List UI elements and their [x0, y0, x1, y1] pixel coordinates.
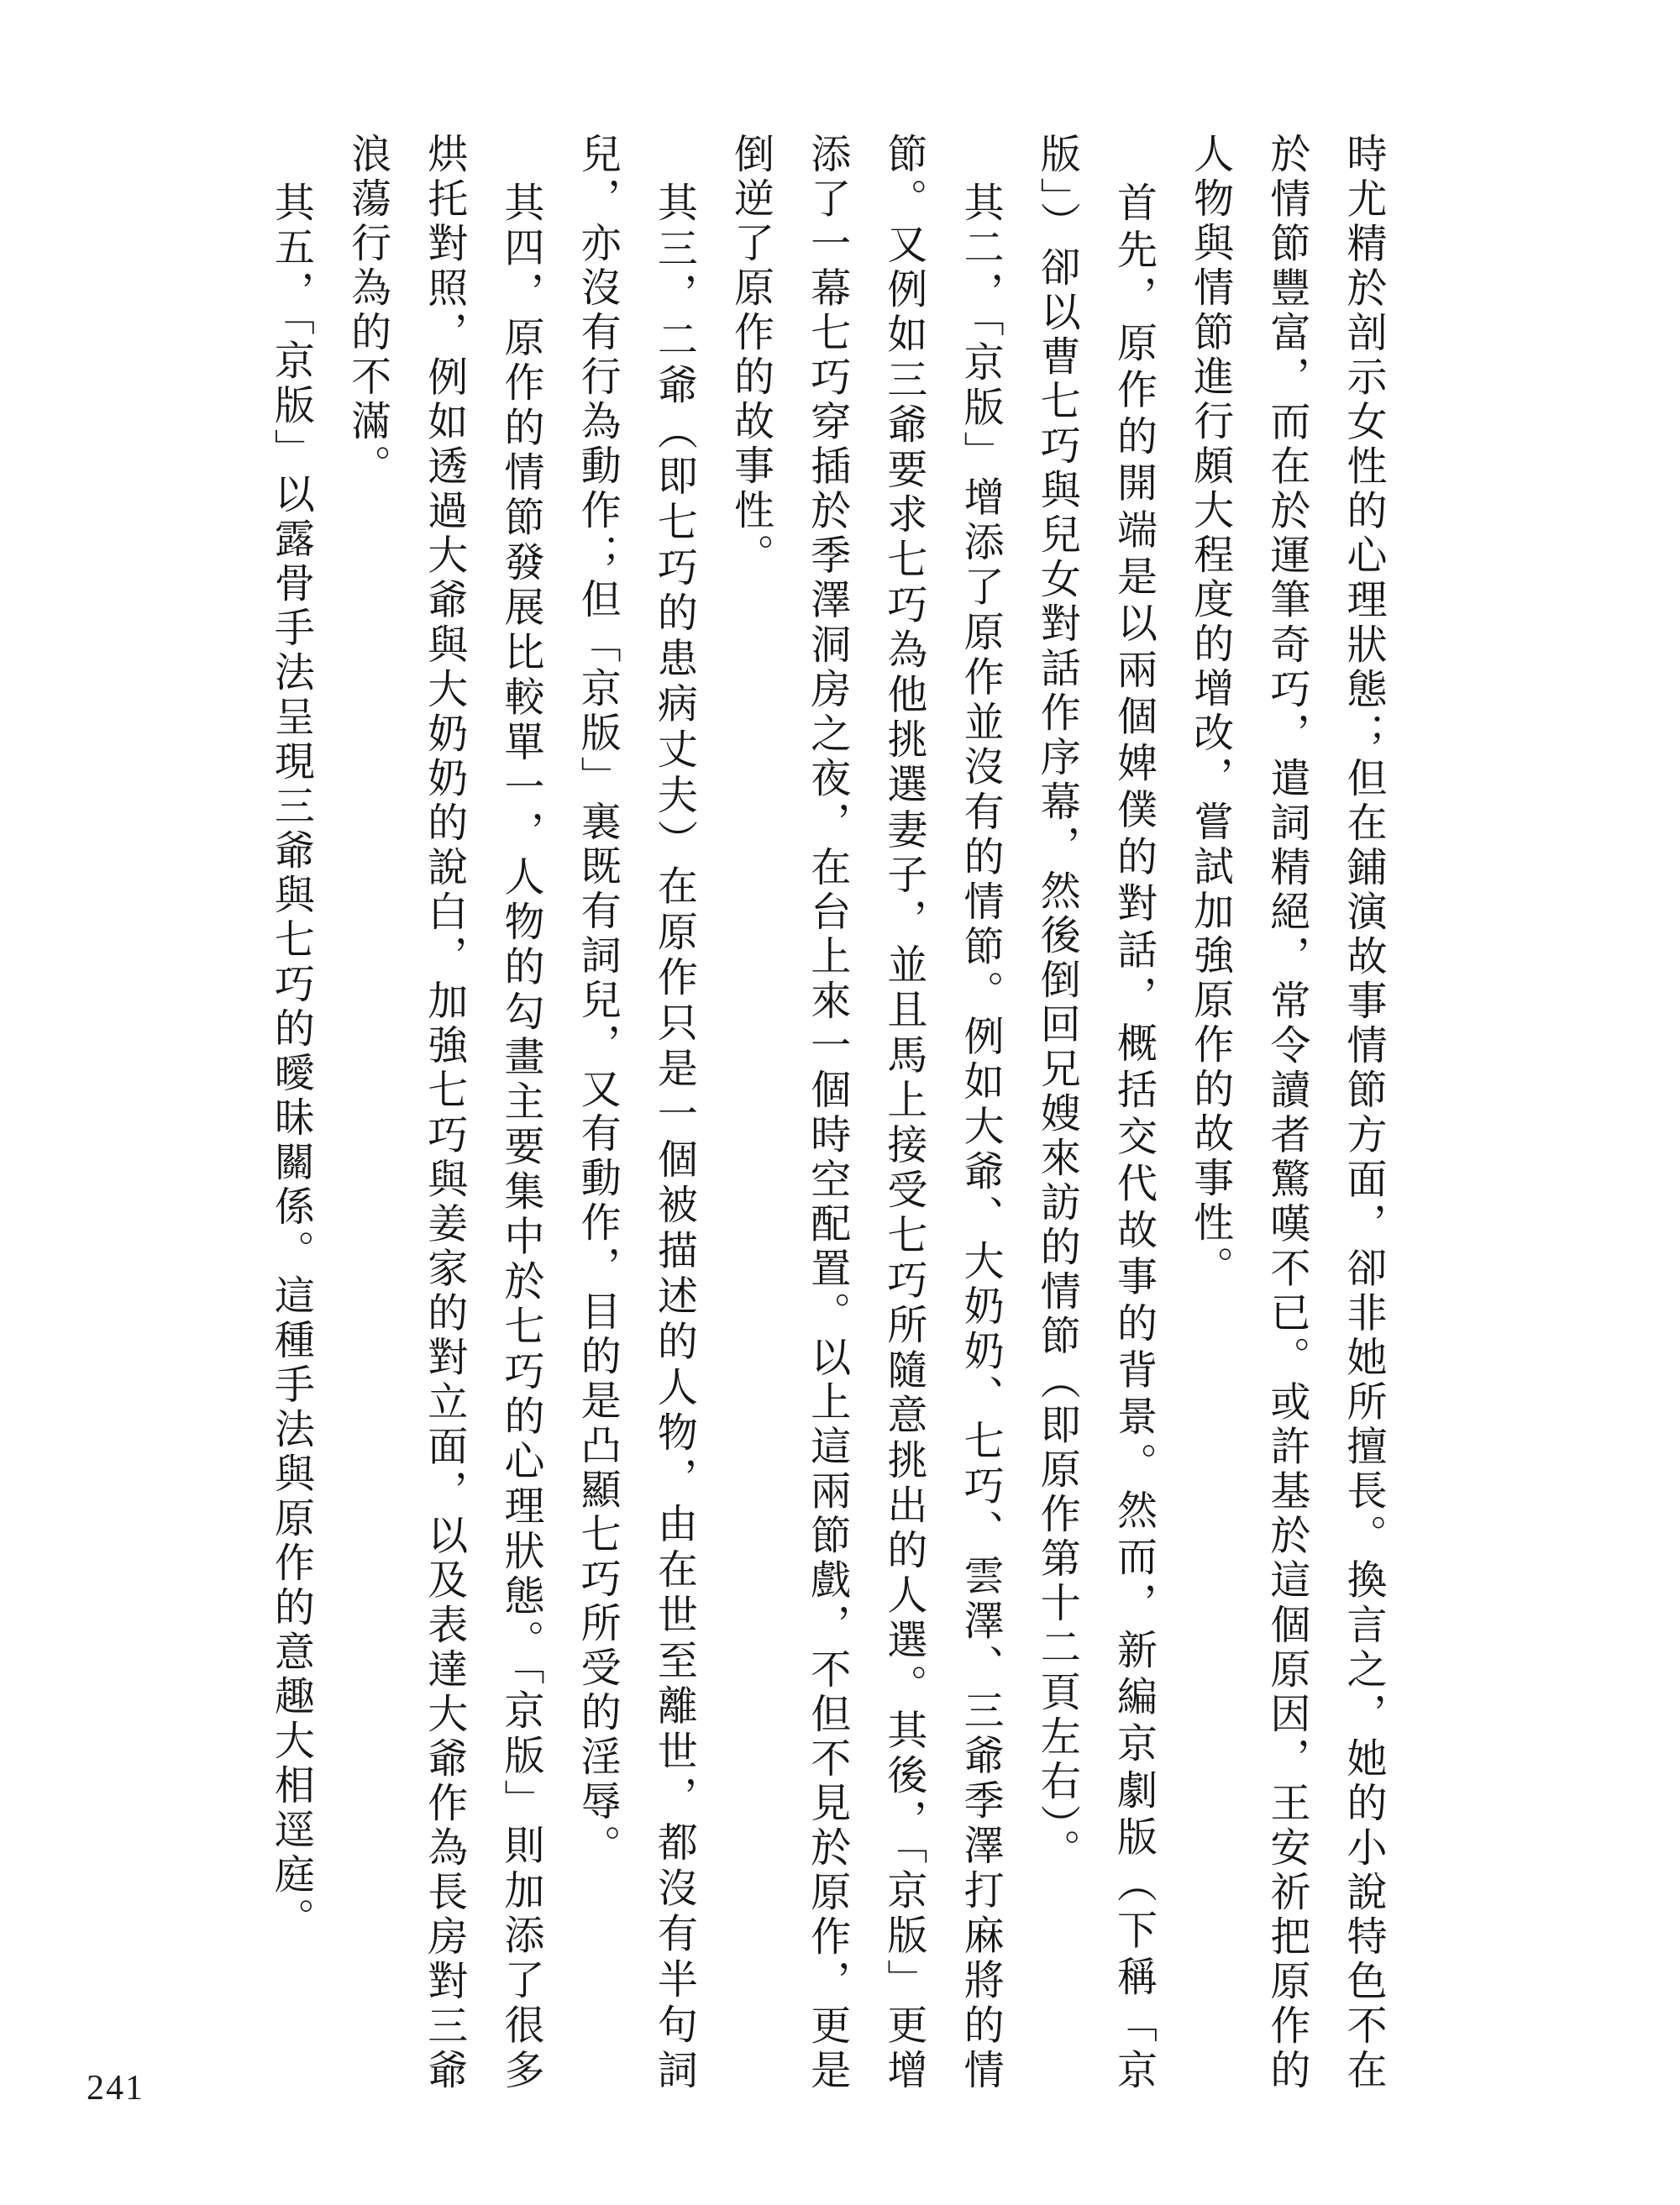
paragraph-third-point: 其三，二爺（即七巧的患病丈夫）在原作只是一個被描述的人物，由在世至離世，都沒有半…: [559, 133, 711, 2093]
paragraph-second-point: 其二，「京版」增添了原作並沒有的情節。例如大爺、大奶奶、七巧、雲澤、三爺季澤打麻…: [711, 133, 1018, 2093]
paragraph-continuation: 時尤精於剖示女性的心理狀態；但在鋪演故事情節方面，卻非她所擅長。換言之，她的小說…: [1171, 133, 1401, 2093]
paragraph-first-point: 首先，原作的開端是以兩個婢僕的對話，概括交代故事的背景。然而，新編京劇版（下稱「…: [1018, 133, 1171, 2093]
vertical-text-block: 時尤精於剖示女性的心理狀態；但在鋪演故事情節方面，卻非她所擅長。換言之，她的小說…: [252, 133, 1401, 2093]
page-number: 241: [87, 2068, 144, 2108]
paragraph-fifth-point: 其五，「京版」以露骨手法呈現三爺與七巧的曖昧關係。這種手法與原作的意趣大相逕庭。: [252, 133, 328, 2093]
book-page: 時尤精於剖示女性的心理狀態；但在鋪演故事情節方面，卻非她所擅長。換言之，她的小說…: [0, 0, 1680, 2205]
paragraph-fourth-point: 其四，原作的情節發展比較單一，人物的勾畫主要集中於七巧的心理狀態。「京版」則加添…: [328, 133, 559, 2093]
